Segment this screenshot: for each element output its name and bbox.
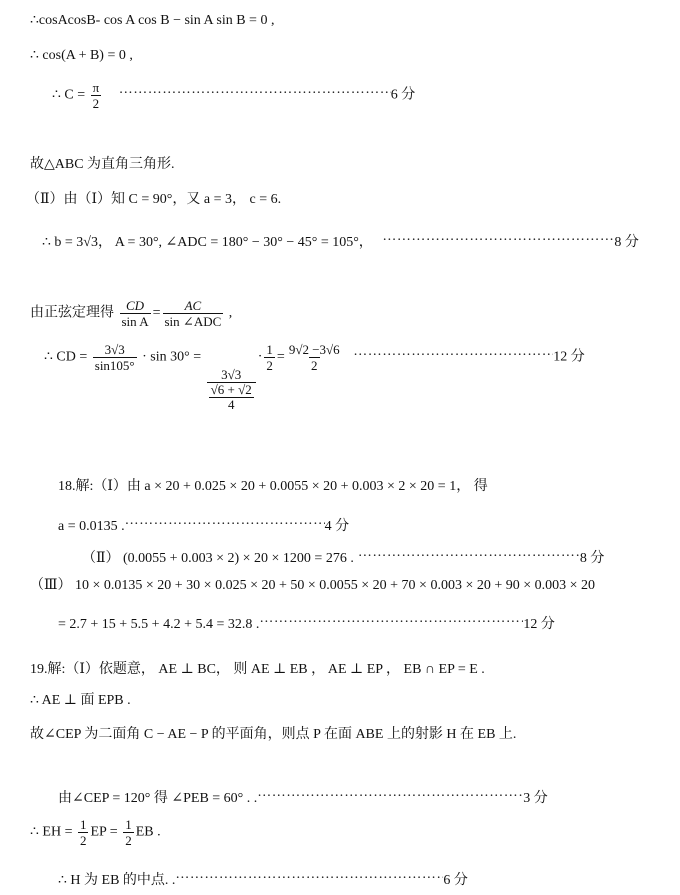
fraction-3: 1 2 [264, 342, 275, 373]
fraction-denominator: sin A [120, 313, 151, 329]
dot-leader: …………………………………………………………………………………………………… [175, 866, 443, 884]
nested-denominator: √6 + √2 4 [207, 382, 256, 412]
fraction-denominator: 2 [264, 357, 275, 373]
eh-equals-label: ∴ EH = [30, 825, 72, 840]
fraction-numerator: 1 [78, 817, 89, 832]
fraction-denominator: 2 [78, 832, 89, 848]
q19-eh-line: ∴ EH = 1 2 EP = 1 2 EB . [30, 817, 161, 848]
score-label: 8 分 [614, 235, 639, 250]
angle-calculation-text: ∴ b = 3√3， A = 30°, ∠ADC = 180° − 30° − … [42, 235, 373, 250]
part-ii-text: （Ⅱ） (0.0055 + 0.003 × 2) × 20 × 1200 = 2… [82, 551, 354, 566]
score-label: 6 分 [443, 873, 468, 888]
c-equals-label: ∴ C = [52, 88, 85, 103]
cd-over-sina-fraction: CD sin A [120, 298, 151, 329]
cd-calculation-line: ∴ CD = 3√3 sin105° · sin 30° = 3√3 √6 + … [44, 342, 585, 412]
sin30-term: · sin 30° = [142, 350, 201, 365]
half-fraction-1: 1 2 [78, 817, 89, 848]
law-of-sines-label: 由正弦定理得 [30, 306, 114, 321]
angle-calculation-line: ∴ b = 3√3， A = 30°, ∠ADC = 180° − 30° − … [42, 228, 639, 252]
q19-midpoint-line: ∴ H 为 EB 的中点. .…………………………………………………………………… [58, 866, 468, 890]
fraction-numerator: AC [183, 298, 204, 313]
score-label: 3 分 [523, 791, 548, 806]
ep-equals-label: EP = [90, 825, 117, 840]
law-of-sines-line: 由正弦定理得 CD sin A = AC sin ∠ADC , [30, 298, 232, 329]
fraction-denominator: 2 [309, 357, 320, 373]
nested-denominator-value: 4 [228, 398, 235, 412]
comma: , [225, 306, 232, 321]
equation-line-3: ∴ C = π 2 ………………………………………………………………………………… [52, 80, 415, 111]
fraction-1: 3√3 sin105° [93, 342, 137, 373]
q18-part-i: 18.解:（Ⅰ）由 a × 20 + 0.025 × 20 + 0.0055 ×… [58, 478, 488, 496]
q18-part-iii: （Ⅲ） 10 × 0.0135 × 20 + 30 × 0.025 × 20 +… [30, 577, 595, 595]
fraction-denominator: 2 [123, 832, 134, 848]
fraction-numerator: 9√2 −3√6 [287, 342, 342, 357]
score-label: 12 分 [553, 350, 585, 365]
q19-dihedral-angle: 故∠CEP 为二面角 C − AE − P 的平面角，则点 P 在面 ABE 上… [30, 726, 516, 744]
conclusion-right-triangle: 故△ABC 为直角三角形. [30, 156, 175, 174]
fraction-numerator: CD [124, 298, 146, 313]
q19-part-i: 19.解:（Ⅰ）依题意， AE ⊥ BC， 则 AE ⊥ EB ， AE ⊥ E… [30, 661, 485, 679]
q19-perpendicular: ∴ AE ⊥ 面 EPB . [30, 692, 131, 710]
equation-line-2: ∴ cos(A + B) = 0 , [30, 47, 133, 65]
midpoint-text: ∴ H 为 EB 的中点. . [58, 873, 175, 888]
fraction-denominator: sin ∠ADC [163, 313, 224, 329]
fraction-numerator: 3√3 [103, 342, 127, 357]
angle-text: 由∠CEP = 120° 得 ∠PEB = 60° . . [58, 791, 257, 806]
dot-leader: …………………………………………………………………………………………………… [119, 81, 391, 99]
q19-angle-line: 由∠CEP = 120° 得 ∠PEB = 60° . .……………………………… [58, 784, 548, 808]
pi-over-2-fraction: π 2 [91, 80, 102, 111]
score-label: 6 分 [391, 88, 416, 103]
q18-part-iii-result: = 2.7 + 15 + 5.5 + 4.2 + 5.4 = 32.8 .………… [58, 610, 555, 634]
score-label: 12 分 [523, 617, 555, 632]
part-ii-given: （Ⅱ）由（Ⅰ）知 C = 90°，又 a = 3， c = 6. [26, 191, 281, 209]
score-label: 4 分 [325, 519, 350, 534]
fraction-denominator: 2 [91, 95, 102, 111]
equation-line-1: ∴cosAcosB- cos A cos B − sin A sin B = 0… [30, 12, 274, 30]
part-iii-result-text: = 2.7 + 15 + 5.5 + 4.2 + 5.4 = 32.8 . [58, 617, 259, 632]
fraction-numerator: 3√3 [219, 367, 243, 382]
ac-over-sinadc-fraction: AC sin ∠ADC [163, 298, 224, 329]
dot-leader: …………………………………………………………………………………………………… [382, 228, 614, 246]
half-fraction-2: 1 2 [123, 817, 134, 848]
dot-leader: …………………………………………………………………………………………………… [257, 784, 523, 802]
nested-numerator: √6 + √2 [209, 383, 254, 398]
dot-leader: …………………………………………………………………………………………………… [353, 343, 553, 361]
dot-leader: …………………………………………………………………………………………………… [125, 512, 325, 530]
fraction-numerator: 1 [264, 342, 275, 357]
cd-equals-label: ∴ CD = [44, 350, 87, 365]
fraction-numerator: 1 [123, 817, 134, 832]
score-label: 8 分 [580, 551, 605, 566]
eb-label: EB . [136, 825, 161, 840]
dot-leader: …………………………………………………………………………………………………… [259, 610, 523, 628]
q18-part-ii: （Ⅱ） (0.0055 + 0.003 × 2) × 20 × 1200 = 2… [82, 544, 604, 568]
fraction-denominator: sin105° [93, 357, 137, 373]
fraction-numerator: π [91, 80, 102, 95]
q18-result-a: a = 0.0135 .…………………………………………………………………………… [58, 512, 349, 536]
a-value-text: a = 0.0135 . [58, 519, 125, 534]
dot-leader: …………………………………………………………………………………………………… [358, 544, 580, 562]
fraction-4: 9√2 −3√6 2 [287, 342, 342, 373]
fraction-2: 3√3 √6 + √2 4 [207, 367, 256, 412]
